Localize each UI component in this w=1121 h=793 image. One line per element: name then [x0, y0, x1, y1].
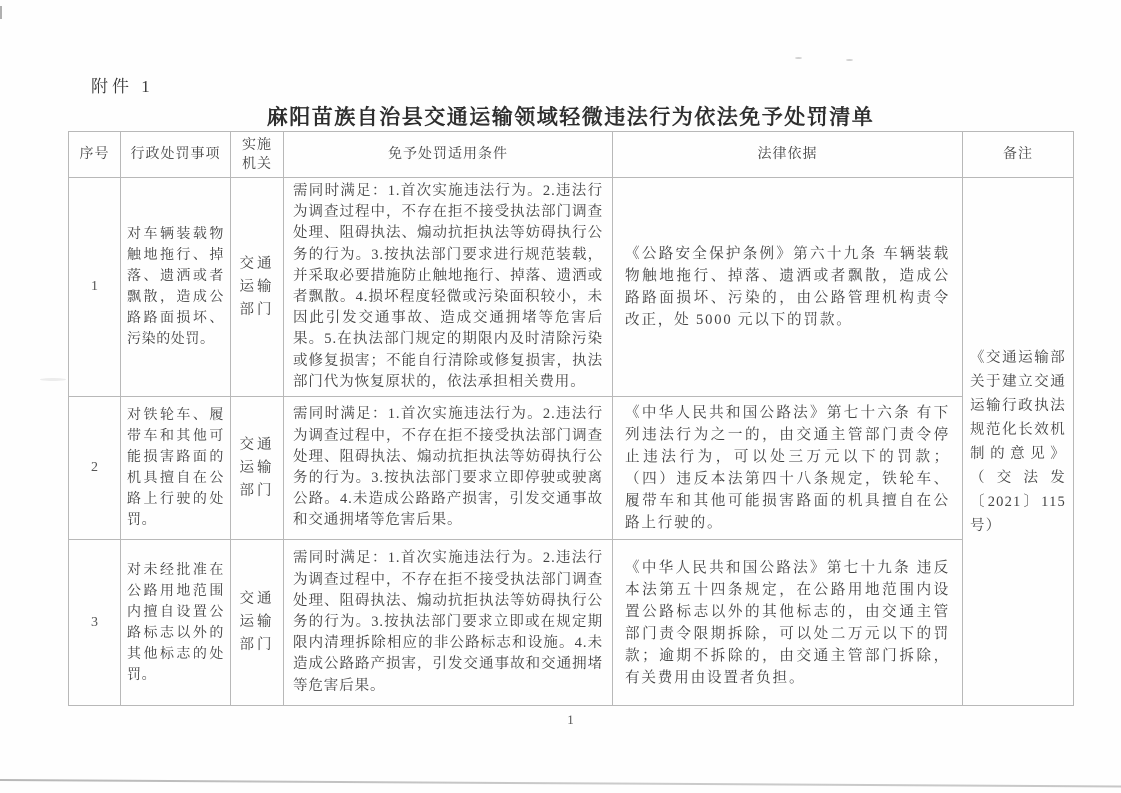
implementing-agency: 交通运输部门 — [231, 178, 284, 397]
scan-smudge-artifact — [40, 378, 66, 381]
row-index: 3 — [69, 540, 121, 706]
col-header-index: 序号 — [69, 132, 121, 178]
document-title: 麻阳苗族自治县交通运输领域轻微违法行为依法免予处罚清单 — [68, 101, 1073, 131]
exemption-conditions: 需同时满足：1.首次实施违法行为。2.违法行为调查过程中，不存在拒不接受执法部门… — [284, 178, 613, 397]
legal-basis: 《中华人民共和国公路法》第七十六条 有下列违法行为之一的，由交通主管部门责令停止… — [613, 397, 963, 540]
col-header-remark: 备注 — [963, 132, 1074, 178]
scan-edge-artifact — [0, 779, 1121, 787]
scan-speck-artifact — [795, 57, 802, 59]
legal-basis: 《公路安全保护条例》第六十九条 车辆装载物触地拖行、掉落、遗洒或者飘散，造成公路… — [613, 178, 963, 397]
penalty-item: 对车辆装载物触地拖行、掉落、遗洒或者飘散，造成公路路面损坏、污染的处罚。 — [121, 178, 231, 397]
row-index: 1 — [69, 178, 121, 397]
attachment-label: 附件 1 — [91, 72, 154, 97]
scanned-document-page: 附件 1 麻阳苗族自治县交通运输领域轻微违法行为依法免予处罚清单 序号 行政处罚… — [0, 0, 1121, 793]
scan-speck-artifact — [846, 59, 853, 61]
implementing-agency: 交通运输部门 — [231, 540, 284, 706]
remark-text: 《交通运输部关于建立交通运输行政执法规范化长效机制的意见》（交法发〔2021〕1… — [970, 346, 1066, 538]
implementing-agency: 交通运输部门 — [231, 397, 284, 540]
col-header-agency: 实施机关 — [231, 132, 284, 178]
remark-cell: 《交通运输部关于建立交通运输行政执法规范化长效机制的意见》（交法发〔2021〕1… — [963, 178, 1074, 706]
table-header-row: 序号 行政处罚事项 实施机关 免予处罚适用条件 法律依据 备注 — [69, 132, 1074, 178]
col-header-item: 行政处罚事项 — [121, 132, 231, 178]
scan-corner-artifact — [0, 6, 2, 19]
agency-text: 交通运输部门 — [239, 253, 275, 322]
agency-text: 交通运输部门 — [239, 588, 275, 657]
row-index: 2 — [69, 397, 121, 540]
agency-text: 交通运输部门 — [239, 434, 275, 503]
col-header-legal-basis: 法律依据 — [613, 132, 963, 178]
penalty-item: 对未经批准在公路用地范围内擅自设置公路标志以外的其他标志的处罚。 — [121, 540, 231, 706]
table-row: 2 对铁轮车、履带车和其他可能损害路面的机具擅自在公路上行驶的处罚。 交通运输部… — [69, 397, 1074, 540]
col-header-conditions: 免予处罚适用条件 — [284, 132, 613, 178]
table-row: 1 对车辆装载物触地拖行、掉落、遗洒或者飘散，造成公路路面损坏、污染的处罚。 交… — [69, 178, 1074, 397]
exemption-list-table: 序号 行政处罚事项 实施机关 免予处罚适用条件 法律依据 备注 1 对车辆装载物… — [68, 131, 1074, 706]
exemption-conditions: 需同时满足：1.首次实施违法行为。2.违法行为调查过程中，不存在拒不接受执法部门… — [284, 540, 613, 706]
penalty-item: 对铁轮车、履带车和其他可能损害路面的机具擅自在公路上行驶的处罚。 — [121, 397, 231, 540]
exemption-conditions: 需同时满足：1.首次实施违法行为。2.违法行为调查过程中，不存在拒不接受执法部门… — [284, 397, 613, 540]
page-number: 1 — [68, 712, 1073, 728]
legal-basis: 《中华人民共和国公路法》第七十九条 违反本法第五十四条规定，在公路用地范围内设置… — [613, 540, 963, 706]
table-row: 3 对未经批准在公路用地范围内擅自设置公路标志以外的其他标志的处罚。 交通运输部… — [69, 540, 1074, 706]
